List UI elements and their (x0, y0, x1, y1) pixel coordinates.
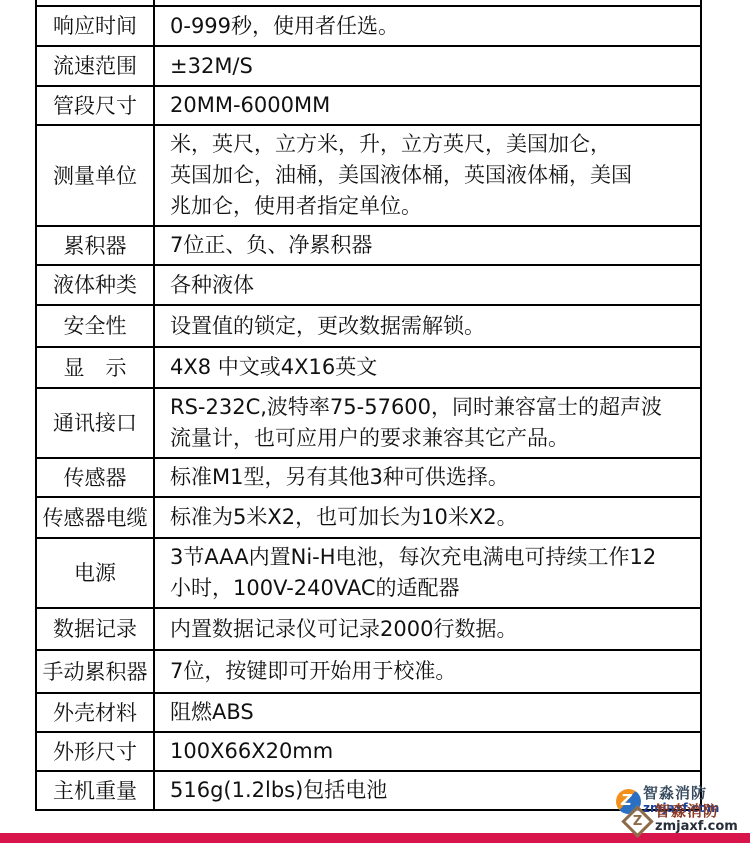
spec-value-cell: 100X66X20mm (155, 733, 700, 770)
spec-value-cell: 设置值的锁定，更改数据需解锁。 (155, 306, 700, 346)
spec-label-cell: 传感器电缆 (37, 498, 155, 537)
spec-value: ±32M/S (170, 51, 253, 82)
spec-label: 主机重量 (53, 778, 137, 804)
spec-label-cell: 电源 (37, 539, 155, 607)
spec-label-cell: 外形尺寸 (37, 733, 155, 770)
spec-label: 显 示 (64, 355, 127, 381)
spec-label: 流速范围 (53, 53, 137, 79)
spec-label-cell: 累积器 (37, 227, 155, 264)
spec-label: 累积器 (64, 233, 127, 259)
spec-value-cell: 标准为5米X2，也可加长为10米X2。 (155, 498, 700, 537)
watermark-group-2: Z 智淼消防 zmjaxf.com (622, 803, 738, 836)
spec-label: 通讯接口 (53, 410, 137, 436)
spec-value-cell: 各种液体 (155, 266, 700, 304)
spec-label-cell: 通讯接口 (37, 389, 155, 457)
spec-value: 3节AAA内置Ni-H电池，每次充电满电可持续工作12 小时，100V-240V… (170, 542, 656, 604)
spec-value: 米，英尺，立方米，升，立方英尺，美国加仑， 英国加仑，油桶，美国液体桶，英国液体… (170, 129, 632, 222)
table-row: 外壳材料 阻燃ABS (37, 694, 700, 733)
spec-value: 设置值的锁定，更改数据需解锁。 (170, 311, 485, 342)
spec-value: 0-999秒，使用者任选。 (170, 11, 399, 42)
spec-value: 标准为5米X2，也可加长为10米X2。 (170, 502, 518, 533)
table-row: 响应时间 0-999秒，使用者任选。 (37, 7, 700, 47)
spec-label-cell: 流速范围 (37, 47, 155, 85)
table-row: 外形尺寸 100X66X20mm (37, 733, 700, 772)
table-row: 主机重量 516g(1.2lbs)包括电池 (37, 772, 700, 811)
spec-value-cell: 阻燃ABS (155, 694, 700, 731)
spec-label: 测量单位 (53, 163, 137, 189)
spec-value: 内置数据记录仪可记录2000行数据。 (170, 614, 517, 645)
spec-label: 传感器电缆 (43, 505, 148, 531)
spec-value-cell: RS-232C,波特率75-57600，同时兼容富士的超声波 流量计，也可应用户… (155, 389, 700, 457)
table-row: 数据记录 内置数据记录仪可记录2000行数据。 (37, 609, 700, 651)
table-row: 安全性 设置值的锁定，更改数据需解锁。 (37, 306, 700, 348)
spec-label-cell: 安全性 (37, 306, 155, 346)
spec-value-cell: 0-999秒，使用者任选。 (155, 7, 700, 45)
spec-label-cell: 液体种类 (37, 266, 155, 304)
spec-label-cell: 测量单位 (37, 126, 155, 225)
spec-label: 液体种类 (53, 272, 137, 298)
table-row: 流速范围 ±32M/S (37, 47, 700, 87)
spec-label: 响应时间 (53, 13, 137, 39)
spec-label-cell: 手动累积器 (37, 651, 155, 692)
watermark-brand-text: 智淼消防 (643, 785, 719, 802)
table-row: 电源 3节AAA内置Ni-H电池，每次充电满电可持续工作12 小时，100V-2… (37, 539, 700, 609)
spec-value-cell: ±32M/S (155, 47, 700, 85)
spec-label-cell: 外壳材料 (37, 694, 155, 731)
spec-value-cell: 20MM-6000MM (155, 87, 700, 124)
spec-value-cell: 3节AAA内置Ni-H电池，每次充电满电可持续工作12 小时，100V-240V… (155, 539, 700, 607)
spec-value: 4X8 中文或4X16英文 (170, 352, 377, 383)
spec-value: RS-232C,波特率75-57600，同时兼容富士的超声波 流量计，也可应用户… (170, 392, 662, 454)
table-row: 通讯接口 RS-232C,波特率75-57600，同时兼容富士的超声波 流量计，… (37, 389, 700, 459)
spec-value-cell (155, 0, 700, 6)
spec-value: 各种液体 (170, 270, 254, 301)
spec-label: 外形尺寸 (53, 739, 137, 765)
table-row: 传感器电缆 标准为5米X2，也可加长为10米X2。 (37, 498, 700, 539)
table-row: 液体种类 各种液体 (37, 266, 700, 306)
spec-label: 管段尺寸 (53, 93, 137, 119)
spec-label-cell: 传感器 (37, 459, 155, 496)
watermark-url-text: zmjaxf.com (655, 820, 738, 834)
spec-label: 电源 (74, 560, 116, 586)
spec-value: 100X66X20mm (170, 736, 333, 767)
spec-label-cell: 管段尺寸 (37, 87, 155, 124)
spec-value-cell: 标准M1型，另有其他3种可供选择。 (155, 459, 700, 496)
spec-label-cell (37, 0, 155, 5)
spec-label: 传感器 (64, 465, 127, 491)
spec-value-cell: 7位正、负、净累积器 (155, 227, 700, 264)
logo-letter: Z (632, 814, 641, 829)
spec-label: 外壳材料 (53, 700, 137, 726)
spec-value: 7位，按键即可开始用于校准。 (170, 656, 456, 687)
zmjaxf-diamond-logo-icon: Z (622, 806, 652, 836)
table-row: 累积器 7位正、负、净累积器 (37, 227, 700, 266)
spec-table: 响应时间 0-999秒，使用者任选。 流速范围 ±32M/S 管段尺寸 20MM… (35, 0, 702, 811)
spec-value: 7位正、负、净累积器 (170, 230, 372, 261)
spec-label: 手动累积器 (43, 659, 148, 685)
table-row: 手动累积器 7位，按键即可开始用于校准。 (37, 651, 700, 694)
table-row: 测量单位 米，英尺，立方米，升，立方英尺，美国加仑， 英国加仑，油桶，美国液体桶… (37, 126, 700, 227)
table-row: 显 示 4X8 中文或4X16英文 (37, 348, 700, 389)
spec-label: 安全性 (64, 313, 127, 339)
table-row-partial (37, 0, 700, 7)
watermark: Z 智淼消防 zmjaxf.com Z 智淼消防 zmjaxf.com (608, 780, 750, 840)
spec-value: 阻燃ABS (170, 697, 254, 728)
spec-value: 20MM-6000MM (170, 90, 330, 121)
spec-label-cell: 数据记录 (37, 609, 155, 649)
spec-value: 516g(1.2lbs)包括电池 (170, 775, 387, 806)
spec-label-cell: 主机重量 (37, 772, 155, 809)
spec-label-cell: 响应时间 (37, 7, 155, 45)
spec-label: 数据记录 (53, 616, 137, 642)
table-row: 传感器 标准M1型，另有其他3种可供选择。 (37, 459, 700, 498)
spec-value-cell: 4X8 中文或4X16英文 (155, 348, 700, 387)
spec-value-cell: 米，英尺，立方米，升，立方英尺，美国加仑， 英国加仑，油桶，美国液体桶，英国液体… (155, 126, 700, 225)
spec-value-cell: 7位，按键即可开始用于校准。 (155, 651, 700, 692)
table-row: 管段尺寸 20MM-6000MM (37, 87, 700, 126)
spec-value-cell: 内置数据记录仪可记录2000行数据。 (155, 609, 700, 649)
spec-value: 标准M1型，另有其他3种可供选择。 (170, 462, 509, 493)
watermark-brand-text: 智淼消防 (655, 803, 738, 820)
spec-label-cell: 显 示 (37, 348, 155, 387)
